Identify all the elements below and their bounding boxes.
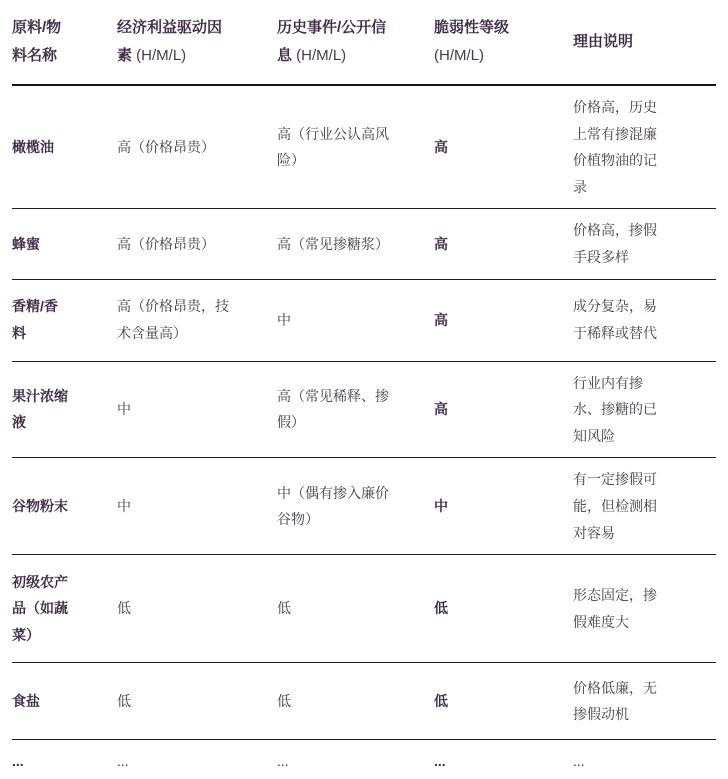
cell-reason: 价格高，历史上常有掺混廉价植物油的记录	[573, 85, 716, 209]
table-row-honey: 蜂蜜 高（价格昂贵） 高（常见掺糖浆） 高 价格高，掺假手段多样	[12, 209, 716, 279]
table-header: 原料/物料名称 经济利益驱动因素 (H/M/L) 历史事件/公开信息 (H/M/…	[12, 0, 716, 85]
table-row-flavoring: 香精/香料 高（价格昂贵，技术含量高） 中 高 成分复杂，易于稀释或替代	[12, 279, 716, 361]
table-row-grain-powder: 谷物粉末 中 中（偶有掺入廉价谷物） 中 有一定掺假可能，但检测相对容易	[12, 458, 716, 555]
cell-material: 香精/香料	[12, 279, 117, 361]
cell-economic: 低	[117, 663, 277, 740]
cell-vulnerability: ...	[434, 740, 573, 779]
cell-economic: 高（价格昂贵）	[117, 209, 277, 279]
cell-economic: 低	[117, 555, 277, 663]
cell-economic: 中	[117, 458, 277, 555]
cell-material: 谷物粉末	[12, 458, 117, 555]
cell-history: ...	[277, 740, 434, 779]
cell-history: 中（偶有掺入廉价谷物）	[277, 458, 434, 555]
col-header-reason: 理由说明	[573, 0, 716, 85]
cell-history: 中	[277, 279, 434, 361]
cell-material: 初级农产品（如蔬菜）	[12, 555, 117, 663]
cell-material: 蜂蜜	[12, 209, 117, 279]
cell-history: 低	[277, 663, 434, 740]
cell-vulnerability: 高	[434, 361, 573, 458]
cell-reason: 价格低廉，无掺假动机	[573, 663, 716, 740]
cell-reason: 成分复杂，易于稀释或替代	[573, 279, 716, 361]
cell-vulnerability: 高	[434, 85, 573, 209]
cell-economic: 高（价格昂贵，技术含量高）	[117, 279, 277, 361]
table-row-primary-produce: 初级农产品（如蔬菜） 低 低 低 形态固定，掺假难度大	[12, 555, 716, 663]
cell-reason: 形态固定，掺假难度大	[573, 555, 716, 663]
cell-vulnerability: 低	[434, 663, 573, 740]
cell-vulnerability: 高	[434, 209, 573, 279]
cell-history: 高（常见掺糖浆）	[277, 209, 434, 279]
cell-vulnerability: 中	[434, 458, 573, 555]
cell-material: ...	[12, 740, 117, 779]
col-header-history: 历史事件/公开信息 (H/M/L)	[277, 0, 434, 85]
cell-history: 低	[277, 555, 434, 663]
table-row-olive-oil: 橄榄油 高（价格昂贵） 高（行业公认高风险） 高 价格高，历史上常有掺混廉价植物…	[12, 85, 716, 209]
table-row-juice-concentrate: 果汁浓缩液 中 高（常见稀释、掺假） 高 行业内有掺水、掺糖的已知风险	[12, 361, 716, 458]
cell-economic: 高（价格昂贵）	[117, 85, 277, 209]
vulnerability-assessment-table: 原料/物料名称 经济利益驱动因素 (H/M/L) 历史事件/公开信息 (H/M/…	[12, 0, 716, 779]
col-header-material-title: 原料/物料名称	[12, 19, 61, 64]
cell-history: 高（行业公认高风险）	[277, 85, 434, 209]
col-header-vulnerability: 脆弱性等级 (H/M/L)	[434, 0, 573, 85]
col-header-vulnerability-title: 脆弱性等级	[434, 19, 509, 36]
cell-economic: ...	[117, 740, 277, 779]
table-body: 橄榄油 高（价格昂贵） 高（行业公认高风险） 高 价格高，历史上常有掺混廉价植物…	[12, 85, 716, 779]
col-header-vulnerability-scale: (H/M/L)	[434, 47, 484, 64]
cell-material: 食盐	[12, 663, 117, 740]
cell-reason: 行业内有掺水、掺糖的已知风险	[573, 361, 716, 458]
cell-reason: ...	[573, 740, 716, 779]
col-header-economic-scale: (H/M/L)	[132, 47, 186, 64]
col-header-material: 原料/物料名称	[12, 0, 117, 85]
cell-history: 高（常见稀释、掺假）	[277, 361, 434, 458]
col-header-history-scale: (H/M/L)	[292, 47, 346, 64]
header-row: 原料/物料名称 经济利益驱动因素 (H/M/L) 历史事件/公开信息 (H/M/…	[12, 0, 716, 85]
cell-vulnerability: 低	[434, 555, 573, 663]
table-row-ellipsis: ... ... ... ... ...	[12, 740, 716, 779]
cell-reason: 有一定掺假可能，但检测相对容易	[573, 458, 716, 555]
cell-material: 果汁浓缩液	[12, 361, 117, 458]
cell-economic: 中	[117, 361, 277, 458]
cell-vulnerability: 高	[434, 279, 573, 361]
table-row-salt: 食盐 低 低 低 价格低廉，无掺假动机	[12, 663, 716, 740]
col-header-reason-title: 理由说明	[573, 33, 633, 50]
document-page: 原料/物料名称 经济利益驱动因素 (H/M/L) 历史事件/公开信息 (H/M/…	[0, 0, 728, 779]
cell-reason: 价格高，掺假手段多样	[573, 209, 716, 279]
col-header-economic: 经济利益驱动因素 (H/M/L)	[117, 0, 277, 85]
cell-material: 橄榄油	[12, 85, 117, 209]
